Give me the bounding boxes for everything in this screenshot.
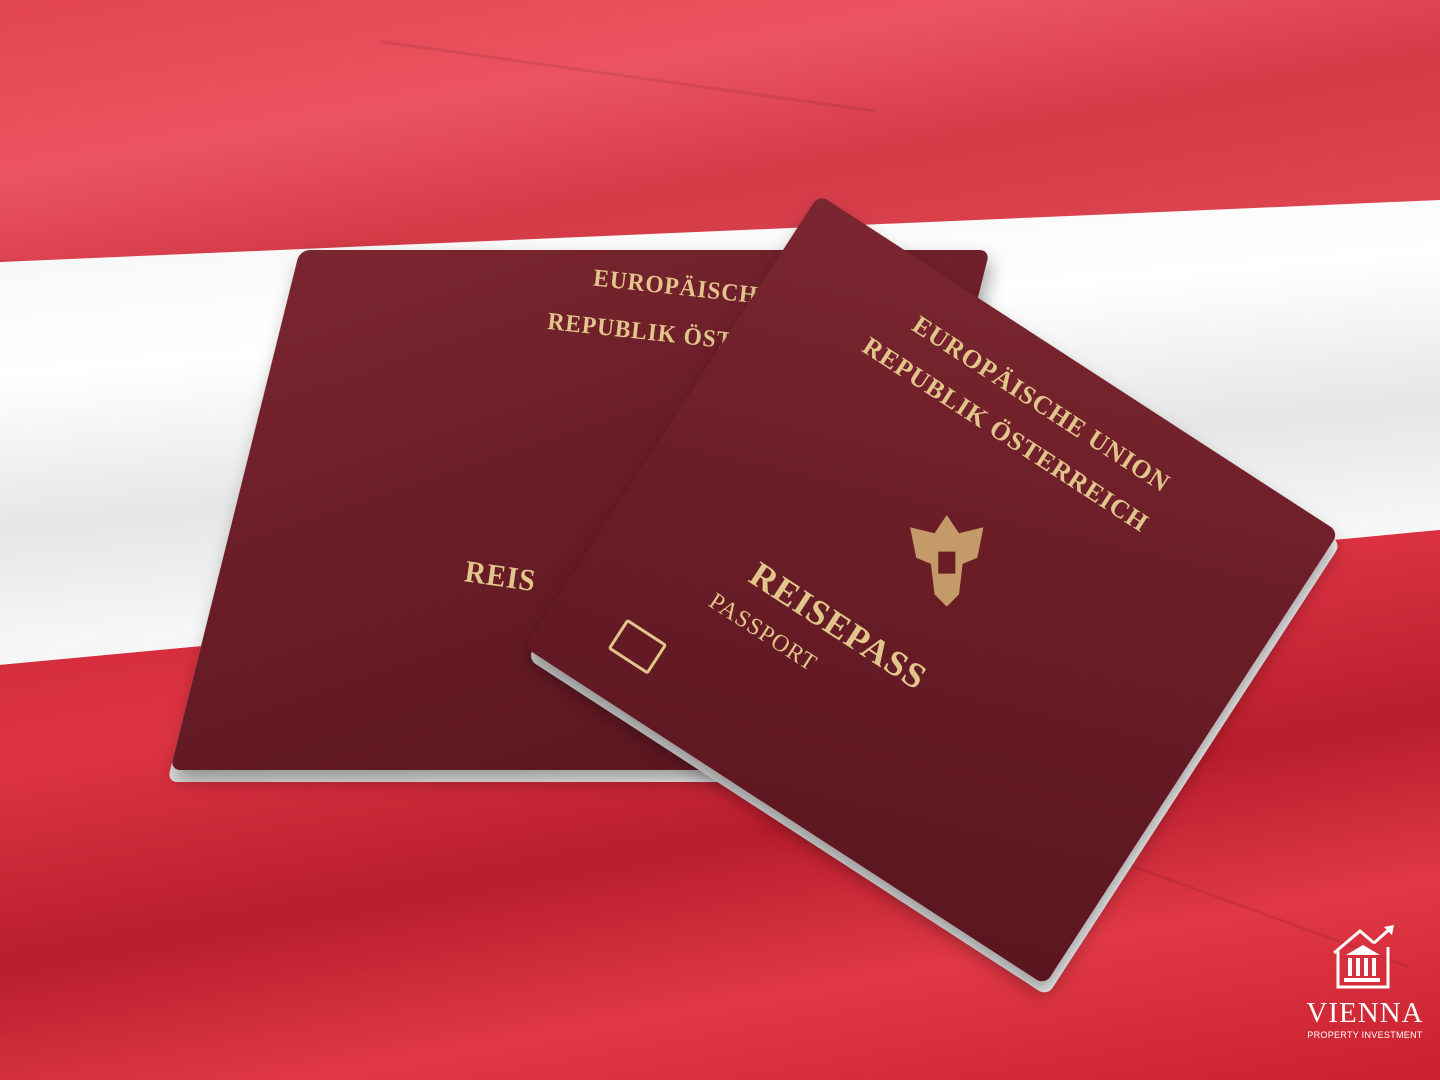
biometric-chip-icon: [608, 618, 668, 674]
passport-back-title: REIS: [462, 554, 538, 599]
logo-tagline: PROPERTY INVESTMENT: [1300, 1030, 1430, 1040]
logo-brand-name: VIENNA: [1300, 998, 1430, 1028]
eagle-emblem-icon: [892, 503, 1002, 613]
house-columns-arrow-icon: [1330, 925, 1400, 991]
vienna-property-investment-logo: VIENNA PROPERTY INVESTMENT: [1300, 925, 1430, 1040]
